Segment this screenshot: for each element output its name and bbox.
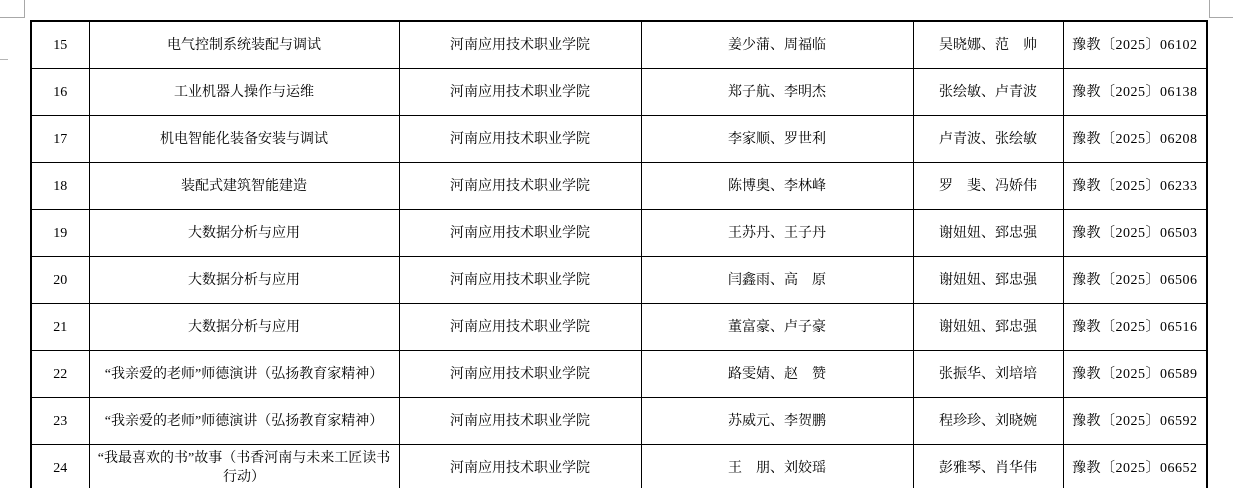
student-names-cell: 王苏丹、王子丹 xyxy=(641,210,913,257)
student-names-cell: 李家顺、罗世利 xyxy=(641,116,913,163)
work-title-cell: 工业机器人操作与运维 xyxy=(89,69,399,116)
table-row: 17机电智能化装备安装与调试河南应用技术职业学院李家顺、罗世利卢青波、张绘敏豫教… xyxy=(31,116,1207,163)
row-number-cell: 20 xyxy=(31,257,89,304)
row-number-cell: 19 xyxy=(31,210,89,257)
school-name-cell: 河南应用技术职业学院 xyxy=(399,398,641,445)
document-number-cell: 豫教〔2025〕06233 xyxy=(1063,163,1207,210)
work-title-cell: 电气控制系统装配与调试 xyxy=(89,21,399,69)
table-row: 15电气控制系统装配与调试河南应用技术职业学院姜少蒲、周福临吴晓娜、范 帅豫教〔… xyxy=(31,21,1207,69)
row-number-cell: 22 xyxy=(31,351,89,398)
document-number-cell: 豫教〔2025〕06208 xyxy=(1063,116,1207,163)
school-name-cell: 河南应用技术职业学院 xyxy=(399,116,641,163)
student-names-cell: 姜少蒲、周福临 xyxy=(641,21,913,69)
work-title-cell: “我最喜欢的书”故事（书香河南与未来工匠读书行动） xyxy=(89,445,399,488)
document-page: 15电气控制系统装配与调试河南应用技术职业学院姜少蒲、周福临吴晓娜、范 帅豫教〔… xyxy=(0,0,1233,488)
school-name-cell: 河南应用技术职业学院 xyxy=(399,304,641,351)
table-row: 22“我亲爱的老师”师德演讲（弘扬教育家精神）河南应用技术职业学院路雯婧、赵 赞… xyxy=(31,351,1207,398)
row-number-cell: 24 xyxy=(31,445,89,488)
document-number-cell: 豫教〔2025〕06516 xyxy=(1063,304,1207,351)
student-names-cell: 苏威元、李贺鹏 xyxy=(641,398,913,445)
prev-table-fragment-top-left xyxy=(0,0,25,18)
student-names-cell: 王 朋、刘姣瑶 xyxy=(641,445,913,488)
work-title-cell: 装配式建筑智能建造 xyxy=(89,163,399,210)
student-names-cell: 郑子航、李明杰 xyxy=(641,69,913,116)
prev-table-fragment-top-right xyxy=(1209,0,1233,18)
document-number-cell: 豫教〔2025〕06589 xyxy=(1063,351,1207,398)
document-number-cell: 豫教〔2025〕06506 xyxy=(1063,257,1207,304)
table-row: 18装配式建筑智能建造河南应用技术职业学院陈博奥、李林峰罗 斐、冯娇伟豫教〔20… xyxy=(31,163,1207,210)
school-name-cell: 河南应用技术职业学院 xyxy=(399,351,641,398)
student-names-cell: 董富豪、卢子豪 xyxy=(641,304,913,351)
teacher-names-cell: 张振华、刘培培 xyxy=(913,351,1063,398)
award-table-body: 15电气控制系统装配与调试河南应用技术职业学院姜少蒲、周福临吴晓娜、范 帅豫教〔… xyxy=(31,21,1207,488)
row-number-cell: 15 xyxy=(31,21,89,69)
table-row: 21大数据分析与应用河南应用技术职业学院董富豪、卢子豪谢妞妞、郅忠强豫教〔202… xyxy=(31,304,1207,351)
teacher-names-cell: 彭雅琴、肖华伟 xyxy=(913,445,1063,488)
table-row: 20大数据分析与应用河南应用技术职业学院闫鑫雨、高 原谢妞妞、郅忠强豫教〔202… xyxy=(31,257,1207,304)
teacher-names-cell: 罗 斐、冯娇伟 xyxy=(913,163,1063,210)
work-title-cell: 大数据分析与应用 xyxy=(89,257,399,304)
school-name-cell: 河南应用技术职业学院 xyxy=(399,69,641,116)
work-title-cell: 大数据分析与应用 xyxy=(89,210,399,257)
row-number-cell: 18 xyxy=(31,163,89,210)
table-row: 23“我亲爱的老师”师德演讲（弘扬教育家精神）河南应用技术职业学院苏威元、李贺鹏… xyxy=(31,398,1207,445)
work-title-cell: 大数据分析与应用 xyxy=(89,304,399,351)
teacher-names-cell: 吴晓娜、范 帅 xyxy=(913,21,1063,69)
teacher-names-cell: 卢青波、张绘敏 xyxy=(913,116,1063,163)
teacher-names-cell: 谢妞妞、郅忠强 xyxy=(913,210,1063,257)
school-name-cell: 河南应用技术职业学院 xyxy=(399,21,641,69)
teacher-names-cell: 谢妞妞、郅忠强 xyxy=(913,257,1063,304)
document-number-cell: 豫教〔2025〕06138 xyxy=(1063,69,1207,116)
teacher-names-cell: 张绘敏、卢青波 xyxy=(913,69,1063,116)
award-list-table: 15电气控制系统装配与调试河南应用技术职业学院姜少蒲、周福临吴晓娜、范 帅豫教〔… xyxy=(30,20,1208,488)
row-number-cell: 16 xyxy=(31,69,89,116)
student-names-cell: 闫鑫雨、高 原 xyxy=(641,257,913,304)
student-names-cell: 路雯婧、赵 赞 xyxy=(641,351,913,398)
document-number-cell: 豫教〔2025〕06652 xyxy=(1063,445,1207,488)
table-row: 16工业机器人操作与运维河南应用技术职业学院郑子航、李明杰张绘敏、卢青波豫教〔2… xyxy=(31,69,1207,116)
teacher-names-cell: 程珍珍、刘晓婉 xyxy=(913,398,1063,445)
table-row: 19大数据分析与应用河南应用技术职业学院王苏丹、王子丹谢妞妞、郅忠强豫教〔202… xyxy=(31,210,1207,257)
teacher-names-cell: 谢妞妞、郅忠强 xyxy=(913,304,1063,351)
school-name-cell: 河南应用技术职业学院 xyxy=(399,445,641,488)
document-number-cell: 豫教〔2025〕06592 xyxy=(1063,398,1207,445)
document-number-cell: 豫教〔2025〕06503 xyxy=(1063,210,1207,257)
document-number-cell: 豫教〔2025〕06102 xyxy=(1063,21,1207,69)
school-name-cell: 河南应用技术职业学院 xyxy=(399,163,641,210)
row-number-cell: 17 xyxy=(31,116,89,163)
row-number-cell: 23 xyxy=(31,398,89,445)
work-title-cell: “我亲爱的老师”师德演讲（弘扬教育家精神） xyxy=(89,398,399,445)
student-names-cell: 陈博奥、李林峰 xyxy=(641,163,913,210)
school-name-cell: 河南应用技术职业学院 xyxy=(399,257,641,304)
school-name-cell: 河南应用技术职业学院 xyxy=(399,210,641,257)
table-row: 24“我最喜欢的书”故事（书香河南与未来工匠读书行动）河南应用技术职业学院王 朋… xyxy=(31,445,1207,488)
row-number-cell: 21 xyxy=(31,304,89,351)
work-title-cell: “我亲爱的老师”师德演讲（弘扬教育家精神） xyxy=(89,351,399,398)
work-title-cell: 机电智能化装备安装与调试 xyxy=(89,116,399,163)
prev-table-fragment-dash xyxy=(0,59,8,60)
